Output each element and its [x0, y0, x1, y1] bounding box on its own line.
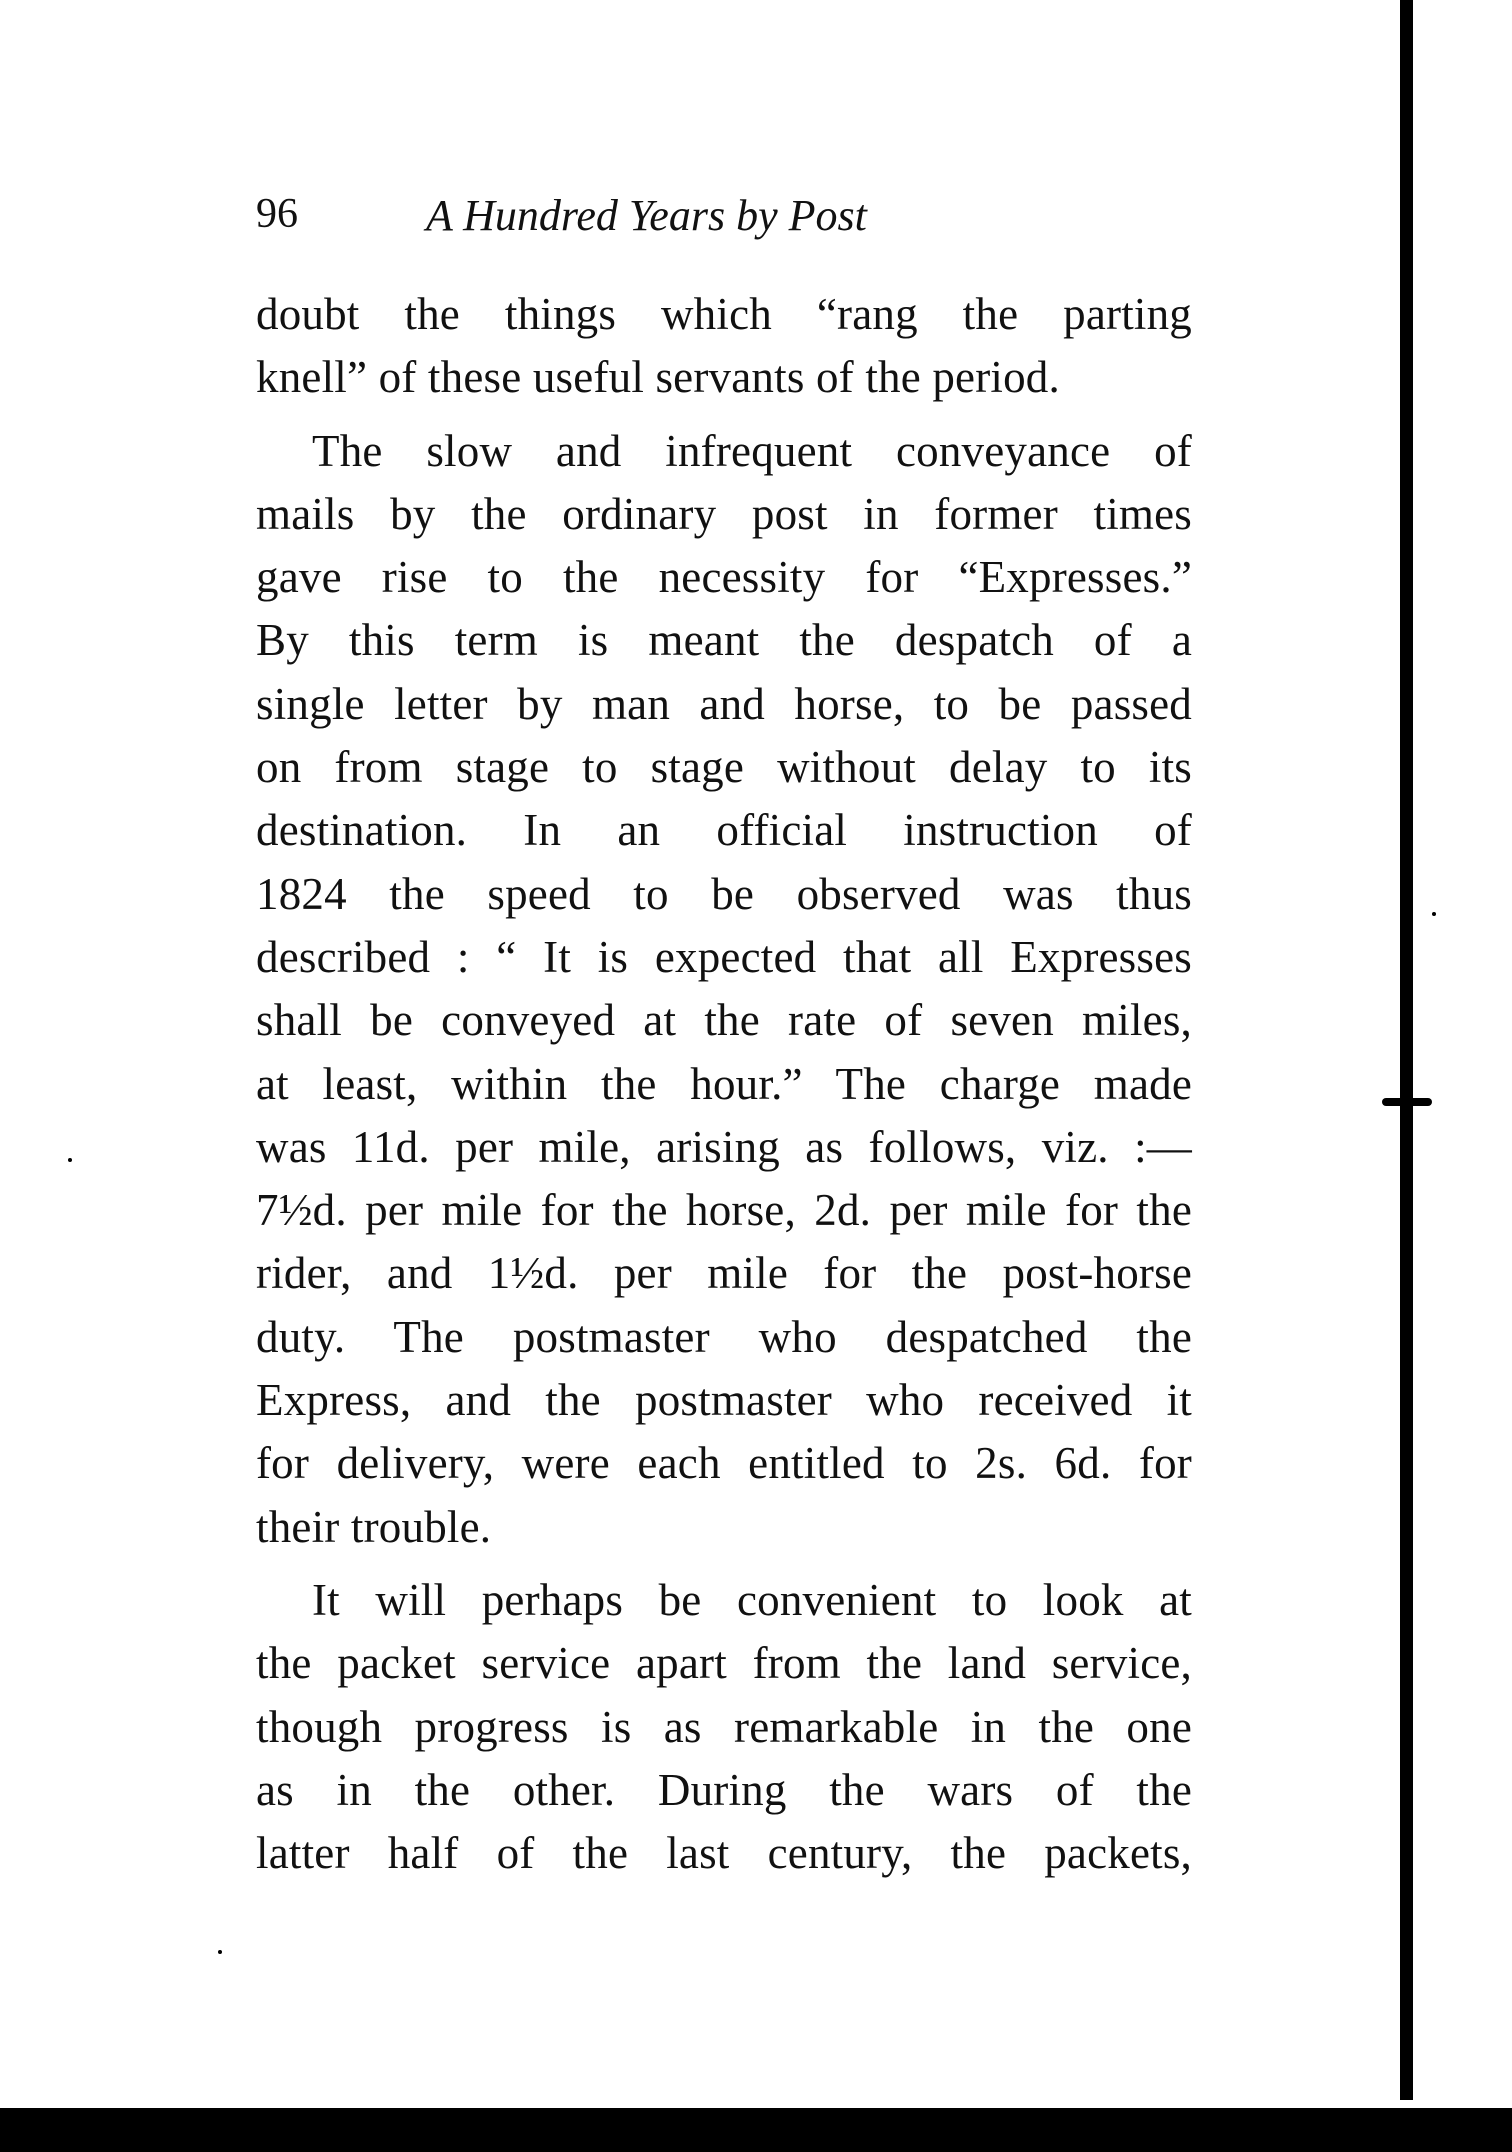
text-line: shall be conveyed at the rate of seven m… [256, 989, 1192, 1052]
text-line: doubt the things which “rang the parting [256, 283, 1192, 346]
scan-bottom-edge [0, 2108, 1512, 2152]
page-number: 96 [256, 190, 298, 238]
scan-speck [1432, 912, 1436, 916]
text-line: for delivery, were each entitled to 2s. … [256, 1432, 1192, 1495]
text-line: latter half of the last century, the pac… [256, 1822, 1192, 1885]
running-title: A Hundred Years by Post [426, 190, 867, 241]
text-line: mails by the ordinary post in former tim… [256, 483, 1192, 546]
text-line: at least, within the hour.” The charge m… [256, 1053, 1192, 1116]
text-line: duty. The postmaster who despatched the [256, 1306, 1192, 1369]
text-line: Express, and the postmaster who received… [256, 1369, 1192, 1432]
text-line: knell” of these useful servants of the p… [256, 346, 1192, 409]
text-line: was 11d. per mile, arising as follows, v… [256, 1116, 1192, 1179]
text-line: on from stage to stage without delay to … [256, 736, 1192, 799]
text-line: their trouble. [256, 1496, 1192, 1559]
text-line: the packet service apart from the land s… [256, 1632, 1192, 1695]
body-text: doubt the things which “rang the parting… [256, 283, 1192, 1885]
spine-mark [1382, 1098, 1432, 1106]
text-line: The slow and infrequent conveyance of [256, 420, 1192, 483]
text-line: 7½d. per mile for the horse, 2d. per mil… [256, 1179, 1192, 1242]
text-line: as in the other. During the wars of the [256, 1759, 1192, 1822]
scan-speck [68, 1158, 72, 1162]
text-line: destination. In an official instruction … [256, 799, 1192, 862]
paragraph-3: It will perhaps be convenient to look at… [256, 1569, 1192, 1885]
text-line: gave rise to the necessity for “Expresse… [256, 546, 1192, 609]
text-line: described : “ It is expected that all Ex… [256, 926, 1192, 989]
text-line: By this term is meant the despatch of a [256, 609, 1192, 672]
paragraph-1: doubt the things which “rang the parting… [256, 283, 1192, 410]
paragraph-2: The slow and infrequent conveyance of ma… [256, 420, 1192, 1559]
text-line: It will perhaps be convenient to look at [256, 1569, 1192, 1632]
text-line: though progress is as remarkable in the … [256, 1696, 1192, 1759]
text-line: single letter by man and horse, to be pa… [256, 673, 1192, 736]
text-line: 1824 the speed to be observed was thus [256, 863, 1192, 926]
scan-speck [218, 1950, 222, 1954]
book-spine-shadow [1400, 0, 1413, 2100]
text-line: rider, and 1½d. per mile for the post-ho… [256, 1242, 1192, 1305]
page-header: 96 A Hundred Years by Post [256, 190, 1016, 250]
